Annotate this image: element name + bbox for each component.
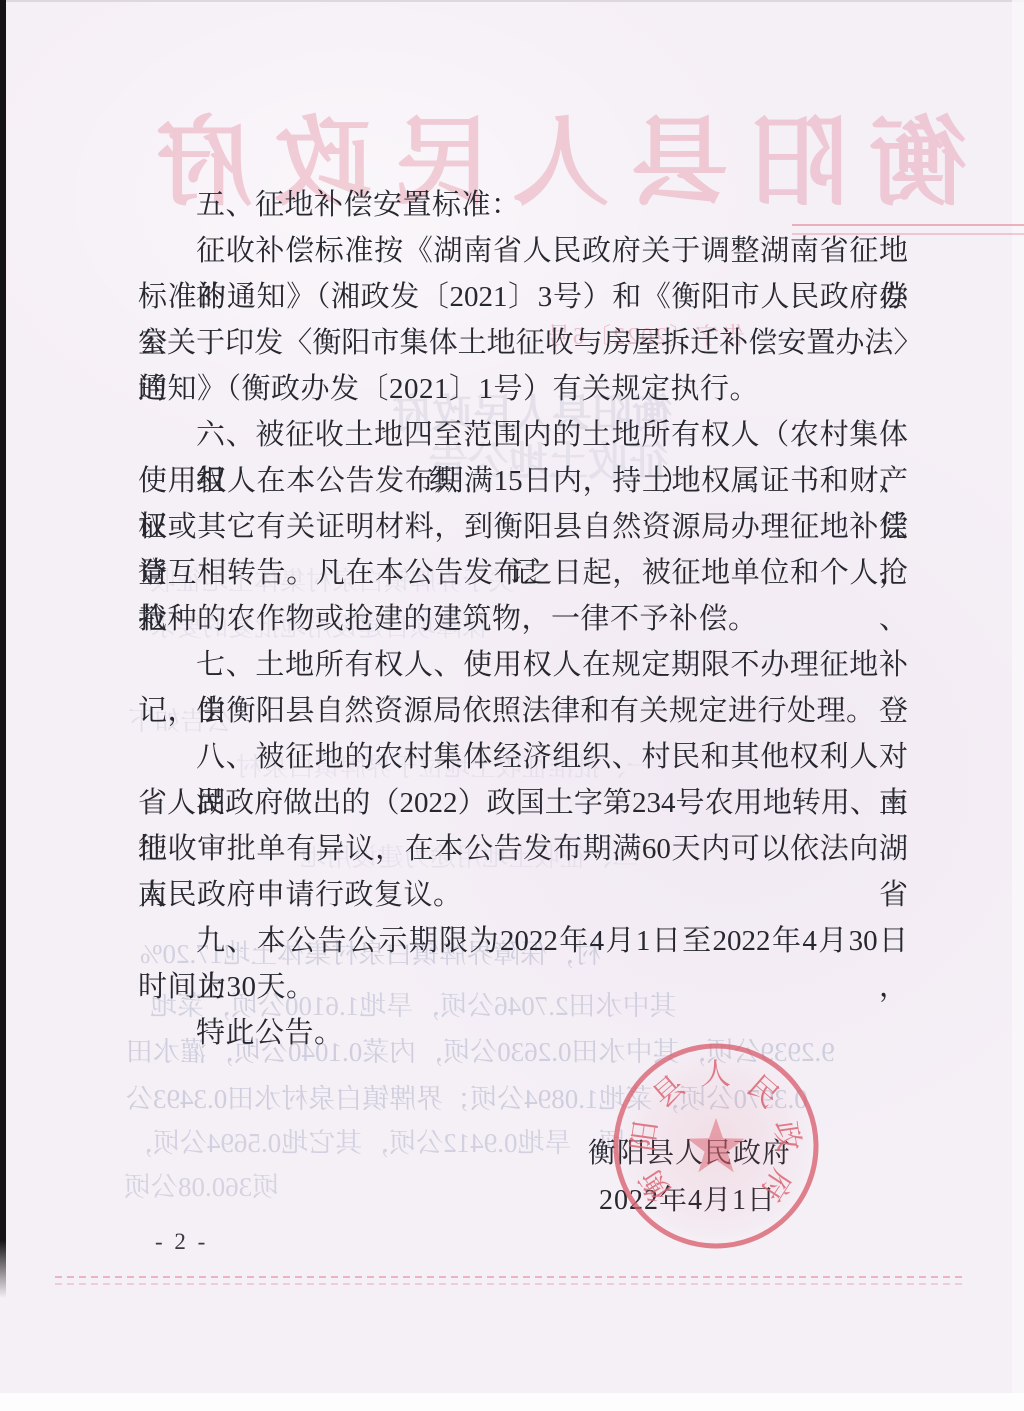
scan-left-edge <box>0 0 6 1298</box>
bleedthrough-dotted-rule <box>55 1276 965 1278</box>
scanned-document-page: 衡阳县人民政府 告字〔2022〕6号 衡阳县人民政府征收土地公告关于界牌镇白泉村… <box>0 0 1024 1411</box>
document-line: 征收审批单有异议，在本公告发布期满60天内可以依法向湖南省 <box>138 826 908 872</box>
seal-char: 政 <box>768 1119 805 1153</box>
document-line: 征收补偿标准按《湖南省人民政府关于调整湖南省征地补偿 <box>138 228 908 274</box>
document-line: 八、被征地的农村集体经济组织、村民和其他权利人对湖南 <box>138 734 908 780</box>
document-line: 省人民政府做出的（2022）政国土字第234号农用地转用、土地 <box>138 780 908 826</box>
document-line: 通知》（衡政办发〔2021〕1号）有关规定执行。 <box>138 366 908 412</box>
document-line: 证或其它有关证明材料，到衡阳县自然资源局办理征地补偿登记， <box>138 504 908 550</box>
document-line: 人民政府申请行政复议。 <box>138 872 908 918</box>
official-seal: 衡阳县人民政府 <box>606 1036 826 1256</box>
scan-bottom-edge <box>0 1393 1024 1411</box>
document-line: 记，由衡阳县自然资源局依照法律和有关规定进行处理。 <box>138 688 908 734</box>
bleedthrough-dotted-rule <box>55 1283 965 1285</box>
document-line: 标准的通知》（湘政发〔2021〕3号）和《衡阳市人民政府办公 <box>138 274 908 320</box>
document-line: 请互相转告。凡在本公告发布之日起，被征地单位和个人抢栽、 <box>138 550 908 596</box>
seal-char: 阳 <box>627 1119 664 1153</box>
document-line: 室关于印发〈衡阳市集体土地征收与房屋拆迁补偿安置办法〉的 <box>138 320 908 366</box>
document-line: 抢种的农作物或抢建的建筑物，一律不予补偿。 <box>138 596 908 642</box>
document-line: 五、征地补偿安置标准： <box>138 182 908 228</box>
document-line: 七、土地所有权人、使用权人在规定期限不办理征地补偿登 <box>138 642 908 688</box>
scan-right-edge <box>1012 0 1024 1395</box>
scan-top-edge <box>0 0 1024 2</box>
document-line: 使用权人在本公告发布期满15日内，持土地权属证书和财产权凭 <box>138 458 908 504</box>
bleedthrough-text: 顷360.08公顷 <box>124 1171 279 1203</box>
document-line: 九、本公告公示期限为2022年4月1日至2022年4月30日止， <box>138 918 908 964</box>
page-number: - 2 - <box>155 1229 208 1255</box>
bleedthrough-text: 顷，旱地0.9412公顷，其它地0.5694公顷， <box>126 1127 626 1159</box>
document-line: 时间为30天。 <box>138 964 908 1010</box>
document-line: 六、被征收土地四至范围内的土地所有权人（农村集体组织）、 <box>138 412 908 458</box>
seal-char: 人 <box>701 1058 731 1091</box>
